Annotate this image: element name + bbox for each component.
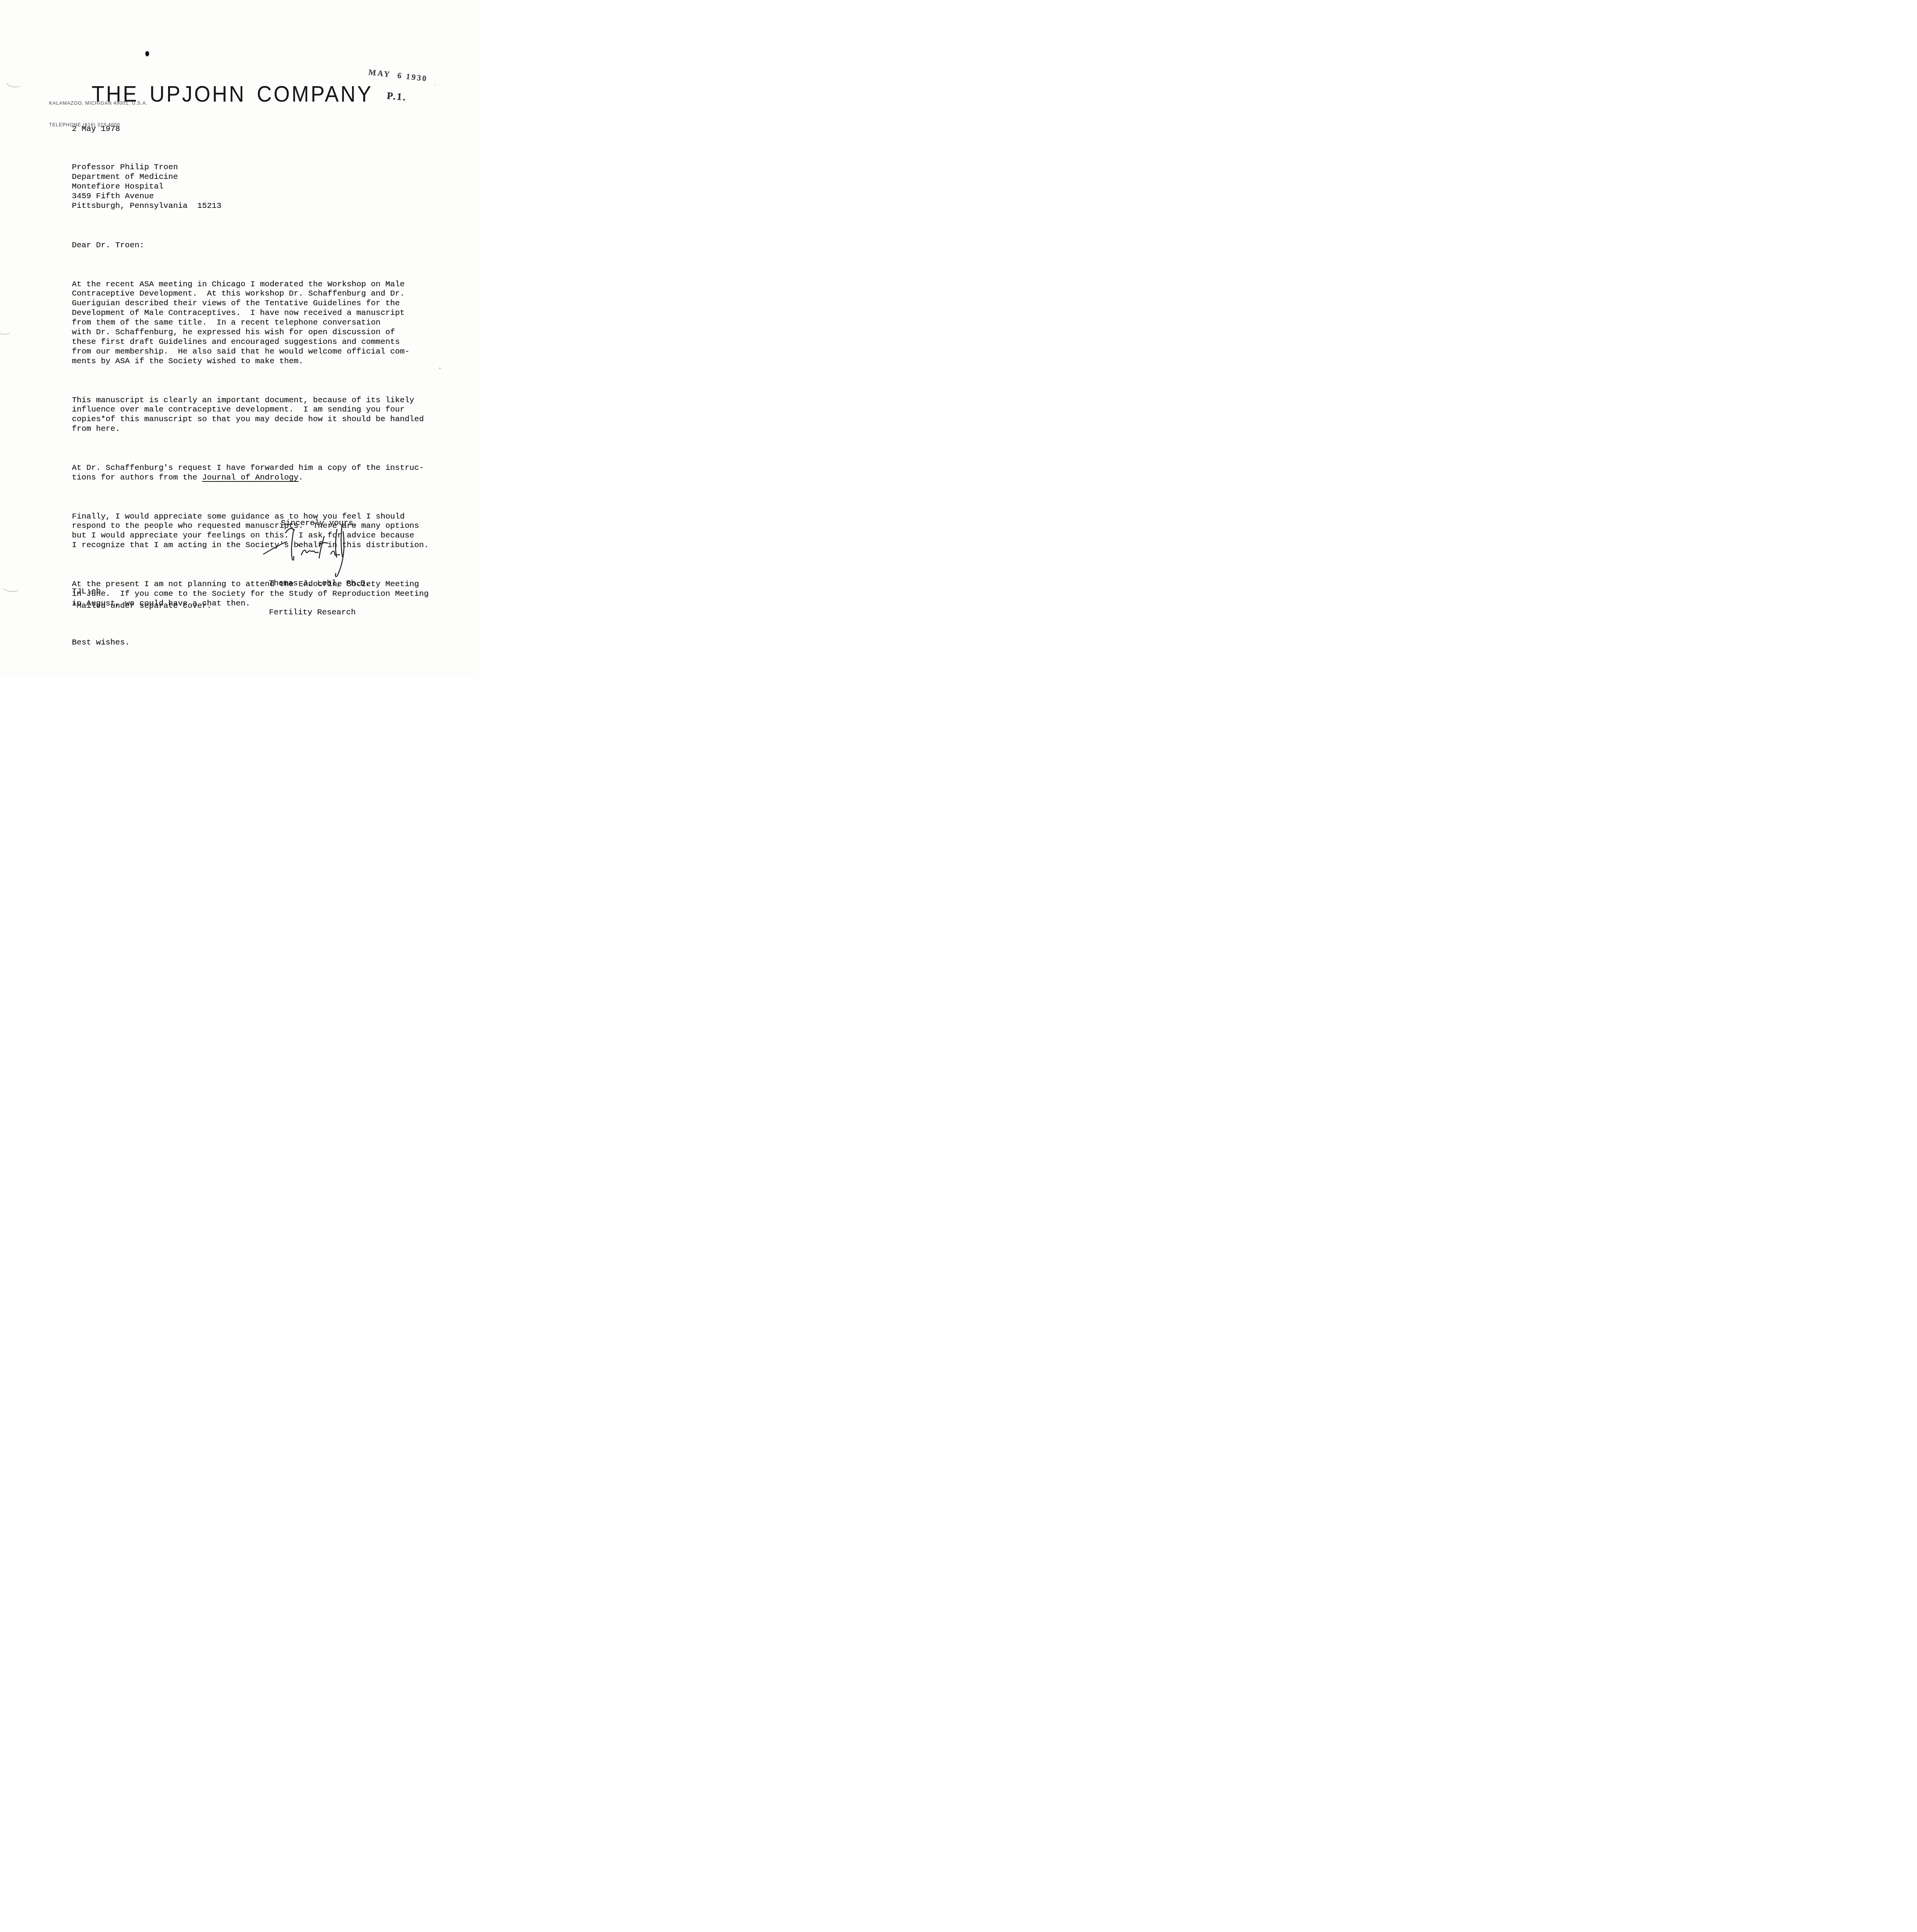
signer-title: Fertility Research xyxy=(269,608,370,618)
upjohn-trademark-dot-icon xyxy=(145,51,149,56)
scanned-letter-page: THE UPJOHN COMPANY KALAMAZOO, MICHIGAN 4… xyxy=(0,0,479,678)
salutation: Dear Dr. Troen: xyxy=(72,241,458,251)
paragraph-3-period: . xyxy=(299,473,303,482)
letterhead-address-line1: KALAMAZOO, MICHIGAN 49001, U.S.A. xyxy=(49,100,148,107)
letter-body: Dear Dr. Troen: At the recent ASA meetin… xyxy=(72,222,458,667)
scan-fold-mark xyxy=(1,579,22,594)
signer-name: Thomas J. Lobl, Ph.D. xyxy=(269,579,370,589)
closing-line: Best wishes. xyxy=(72,638,458,648)
journal-title: Journal of Andrology xyxy=(202,473,299,482)
typist-reference: TJL:eb xyxy=(72,587,101,597)
footnote: *Mailed under separate cover. xyxy=(72,602,212,611)
body-paragraph-3: At Dr. Schaffenburg's request I have for… xyxy=(72,464,458,483)
scan-speck xyxy=(435,85,435,85)
received-stamp-initials: P.1. xyxy=(386,90,407,103)
signature-block: Thomas J. Lobl, Ph.D. Fertility Research xyxy=(269,560,370,637)
body-paragraph-1: At the recent ASA meeting in Chicago I m… xyxy=(72,280,458,367)
body-paragraph-2: This manuscript is clearly an important … xyxy=(72,396,458,435)
letter-date: 2 May 1978 xyxy=(72,125,120,134)
recipient-address-block: Professor Philip Troen Department of Med… xyxy=(72,163,221,211)
scan-fold-mark xyxy=(3,72,24,89)
received-date-stamp: MAY 6 1930 xyxy=(368,67,428,83)
scan-fold-mark xyxy=(0,322,13,336)
